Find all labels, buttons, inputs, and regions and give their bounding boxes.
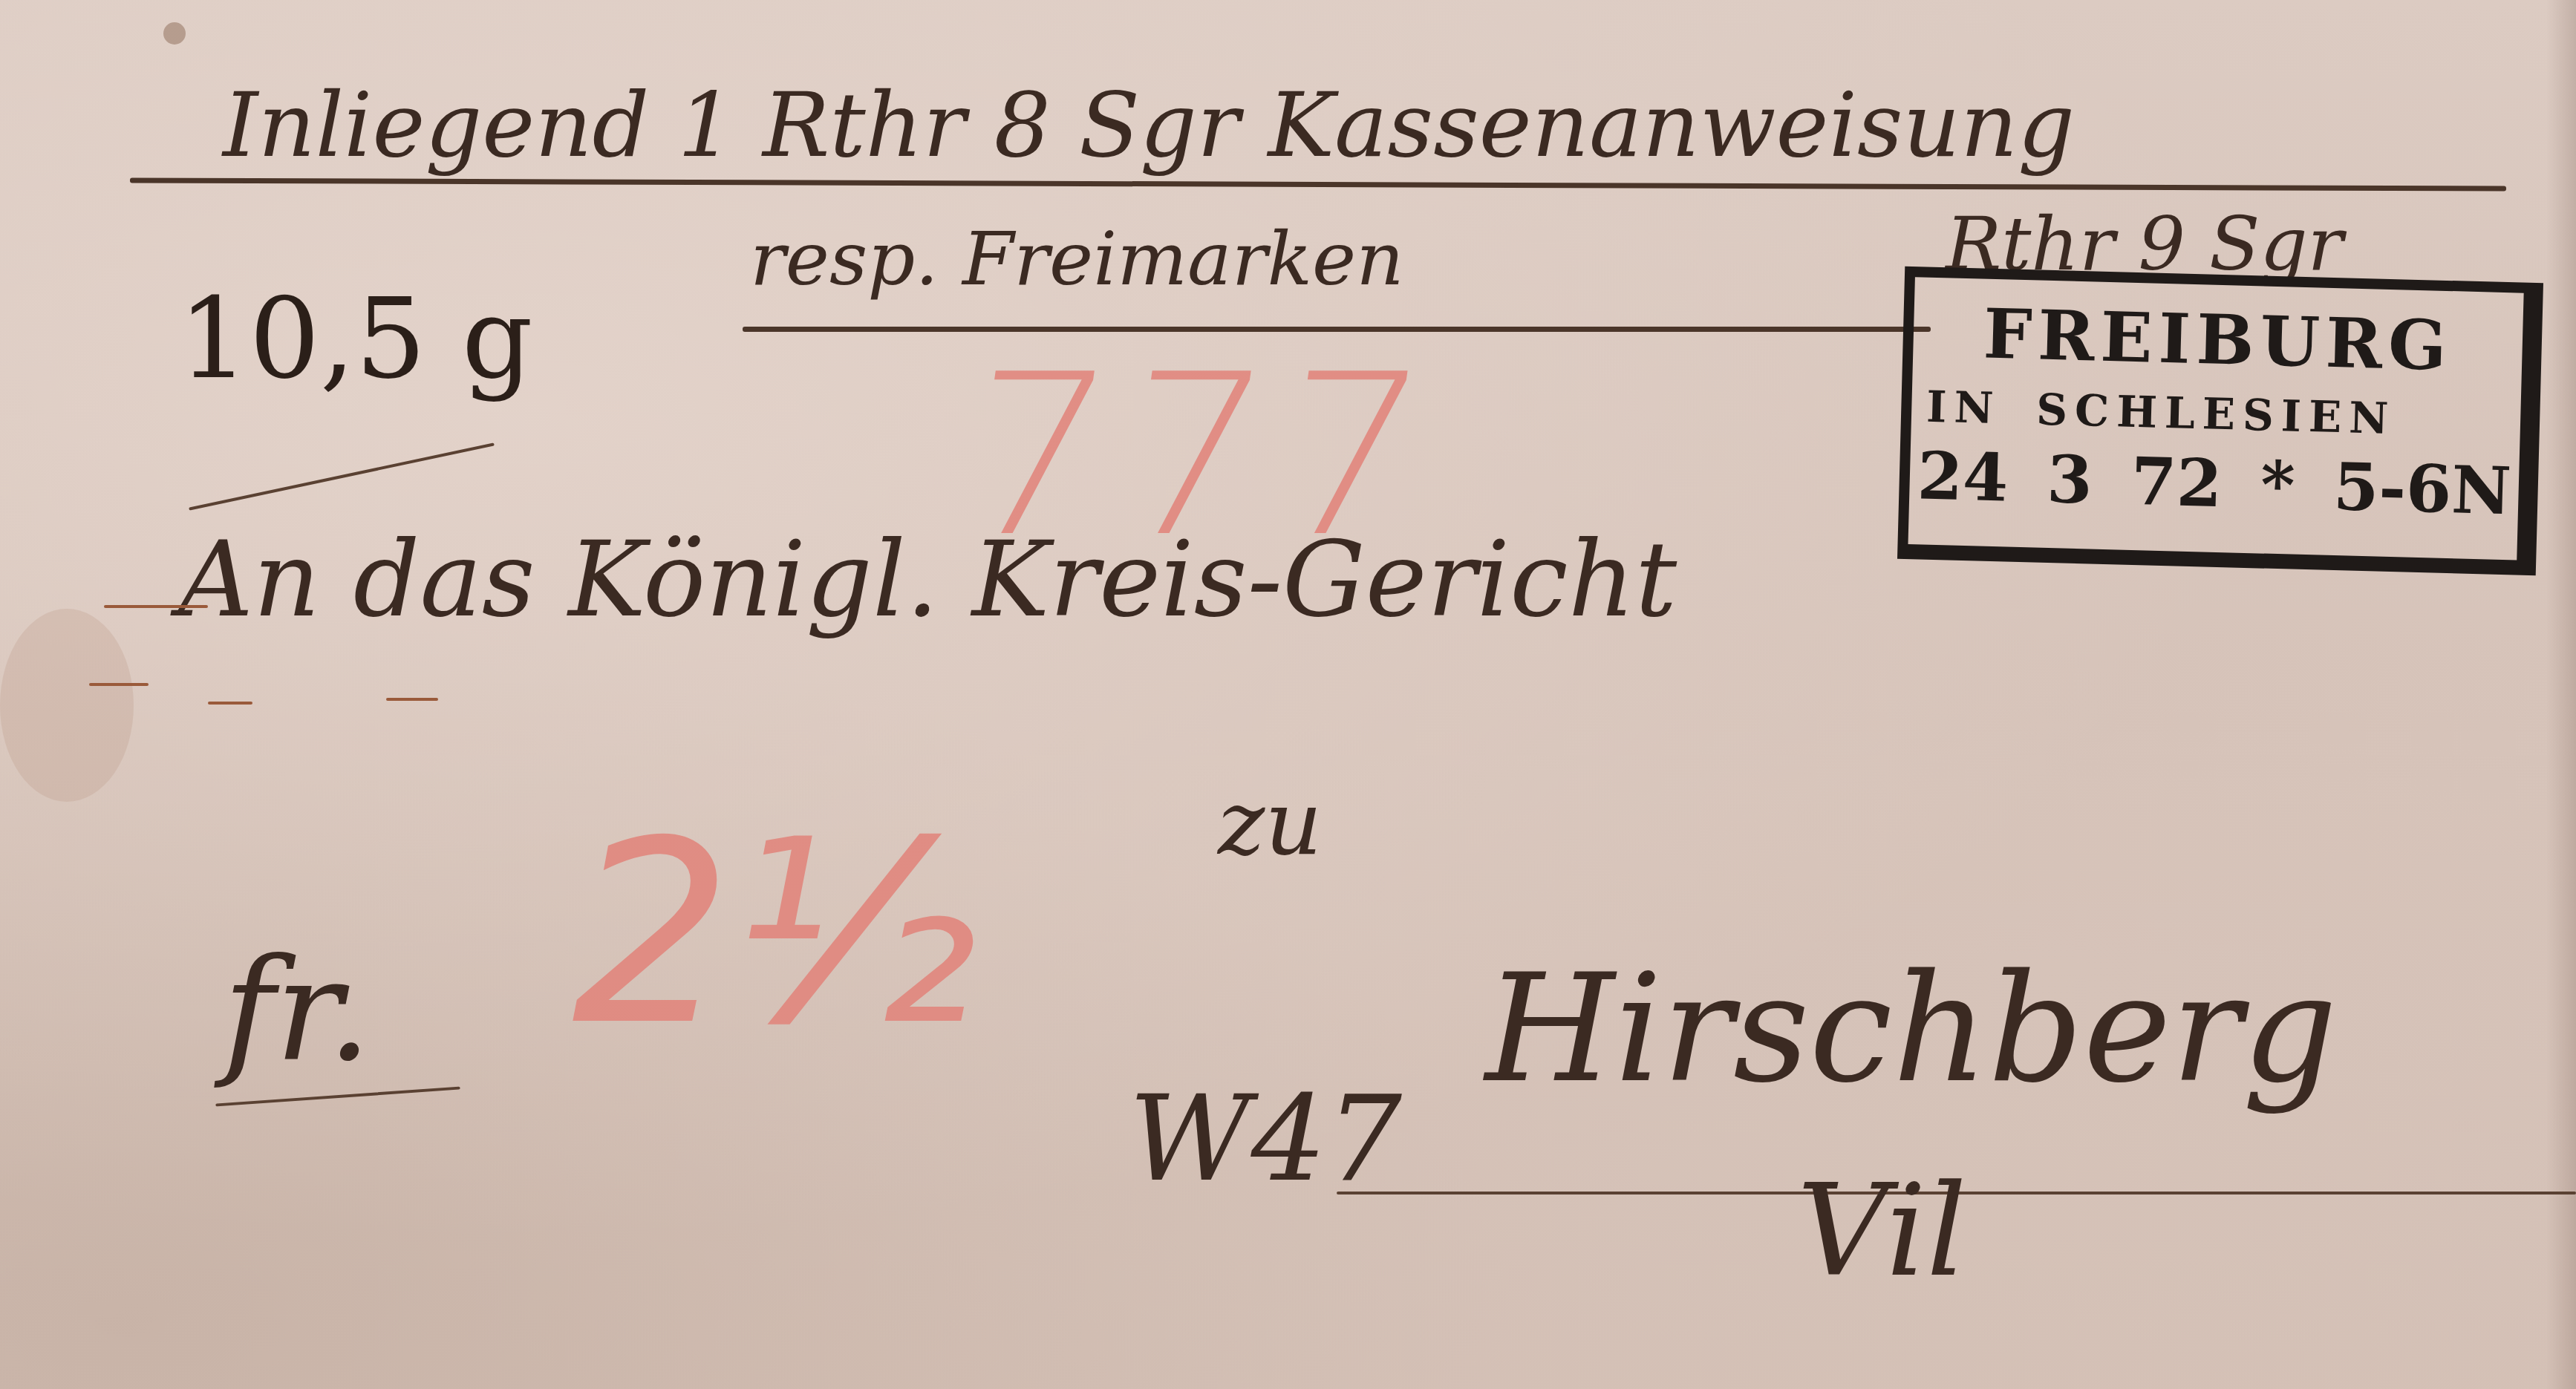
postmark-region: SCHLESIEN (2035, 385, 2396, 445)
stain (0, 609, 134, 802)
franking-mark: fr. (223, 928, 372, 1092)
postmark-year: 72 (2130, 442, 2223, 522)
address-city: Hirschberg (1485, 943, 2337, 1116)
envelope: Inliegend 1 Rthr 8 Sgr Kassenanweisung r… (0, 0, 2576, 1389)
contents-note-line1: Inliegend 1 Rthr 8 Sgr Kassenanweisung (223, 74, 2075, 177)
address-line2: zu (1218, 772, 1323, 875)
weight-note: 10,5 g (178, 275, 533, 404)
postmark-region-line: IN SCHLESIEN (1911, 381, 2520, 447)
envelope-edge-shadow (2546, 0, 2576, 1389)
contents-note-line2: resp. Freimarken (750, 215, 1404, 302)
postmark-month: 3 (2046, 440, 2093, 519)
postmark-region-prefix: IN (1926, 382, 2001, 434)
edge-mark (386, 698, 438, 701)
stain (163, 22, 186, 45)
red-crayon-bottom-number: 2½ (572, 787, 977, 1081)
edge-mark (104, 605, 208, 608)
registry-number: W47 (1129, 1069, 1402, 1208)
edge-mark (208, 702, 252, 705)
postmark-date: 24 3 72 * 5-6N (1917, 437, 2512, 529)
postmark-star-icon: * (2260, 445, 2296, 523)
postmark-day: 24 (1917, 437, 2009, 516)
edge-mark (89, 683, 149, 686)
postmark-stamp: FREIBURG IN SCHLESIEN 24 3 72 * 5-6N (1897, 267, 2543, 575)
address-line1: An das Königl. Kreis-Gericht (178, 520, 1677, 641)
contents-underline-top (130, 177, 2506, 191)
weight-flourish (189, 442, 495, 510)
postmark-time: 5-6N (2332, 448, 2512, 529)
postmark-city: FREIBURG (1913, 292, 2524, 388)
initials: Vil (1797, 1158, 1967, 1305)
